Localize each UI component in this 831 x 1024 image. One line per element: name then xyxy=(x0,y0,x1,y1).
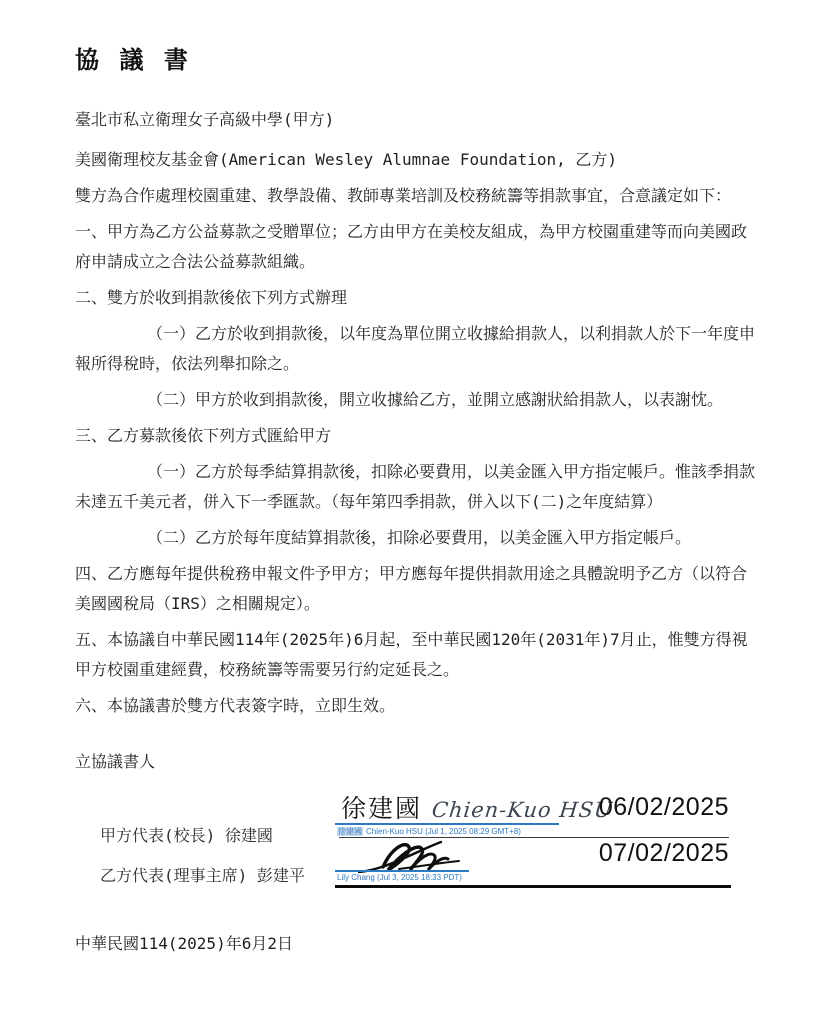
party-a-signature-latin: Chien-Kuo HSU xyxy=(431,798,614,822)
signature-divider-rule xyxy=(339,837,729,838)
party-a-signature: 徐建國 Chien-Kuo HSU xyxy=(341,789,613,823)
party-b-sign-date: 07/02/2025 xyxy=(599,839,729,868)
clause-3-sub-1: （一）乙方於每季結算捐款後，扣除必要費用，以美金匯入甲方指定帳戶。惟該季捐款未達… xyxy=(75,457,756,517)
document-date: 中華民國114(2025)年6月2日 xyxy=(75,929,756,959)
clause-6: 六、本協議書於雙方代表簽字時，立即生效。 xyxy=(75,691,756,721)
clause-3-sub-2: （二）乙方於每年度結算捐款後，扣除必要費用，以美金匯入甲方指定帳戶。 xyxy=(75,523,756,553)
party-b-signature-underline xyxy=(335,870,469,872)
clause-1: 一、甲方為乙方公益募款之受贈單位；乙方由甲方在美校友組成，為甲方校園重建等而向美… xyxy=(75,217,756,277)
party-a-sign-date: 06/02/2025 xyxy=(599,793,729,822)
party-a-stamp-detail: Chien-Kuo HSU (Jul 1, 2025 08:29 GMT+8) xyxy=(366,827,521,836)
signatories-heading: 立協議書人 xyxy=(75,747,756,777)
agreement-document: 協 議 書 臺北市私立衛理女子高級中學(甲方) 美國衛理校友基金會(Americ… xyxy=(0,0,831,959)
clause-5: 五、本協議自中華民國114年(2025年)6月起，至中華民國120年(2031年… xyxy=(75,625,756,685)
document-title: 協 議 書 xyxy=(75,40,756,75)
clause-2: 二、雙方於收到捐款後依下列方式辦理 xyxy=(75,283,756,313)
party-b-line: 美國衛理校友基金會(American Wesley Alumnae Founda… xyxy=(75,145,756,175)
clause-2-sub-1: （一）乙方於收到捐款後，以年度為單位開立收據給捐款人，以利捐款人於下一年度申報所… xyxy=(75,319,756,379)
party-b-representative-label: 乙方代表(理事主席) 彭建平 xyxy=(100,863,305,886)
party-a-representative-label: 甲方代表(校長) 徐建國 xyxy=(100,823,273,846)
party-b-signature-scribble xyxy=(355,839,467,873)
signature-area: 甲方代表(校長) 徐建國 乙方代表(理事主席) 彭建平 徐建國 Chien-Ku… xyxy=(75,793,756,895)
party-a-signature-underline xyxy=(335,823,559,825)
party-a-stamp-name-cjk: 徐建國 xyxy=(337,827,363,836)
party-a-signature-stamp: 徐建國Chien-Kuo HSU (Jul 1, 2025 08:29 GMT+… xyxy=(337,826,521,837)
clause-3: 三、乙方募款後依下列方式匯給甲方 xyxy=(75,421,756,451)
clause-2-sub-2: （二）甲方於收到捐款後，開立收據給乙方，並開立感謝狀給捐款人，以表謝忱。 xyxy=(75,385,756,415)
preamble: 雙方為合作處理校園重建、教學設備、教師專業培訓及校務統籌等捐款事宜，合意議定如下… xyxy=(75,181,756,211)
party-a-line: 臺北市私立衛理女子高級中學(甲方) xyxy=(75,105,756,135)
signature-block: 徐建國 Chien-Kuo HSU 徐建國Chien-Kuo HSU (Jul … xyxy=(335,793,731,895)
signature-bottom-rule xyxy=(335,885,731,888)
party-b-signature-stamp: Lily Chang (Jul 3, 2025 18:33 PDT) xyxy=(337,873,462,882)
clause-4: 四、乙方應每年提供稅務申報文件予甲方；甲方應每年提供捐款用途之具體說明予乙方（以… xyxy=(75,559,756,619)
party-a-signature-cjk: 徐建國 xyxy=(341,789,422,825)
